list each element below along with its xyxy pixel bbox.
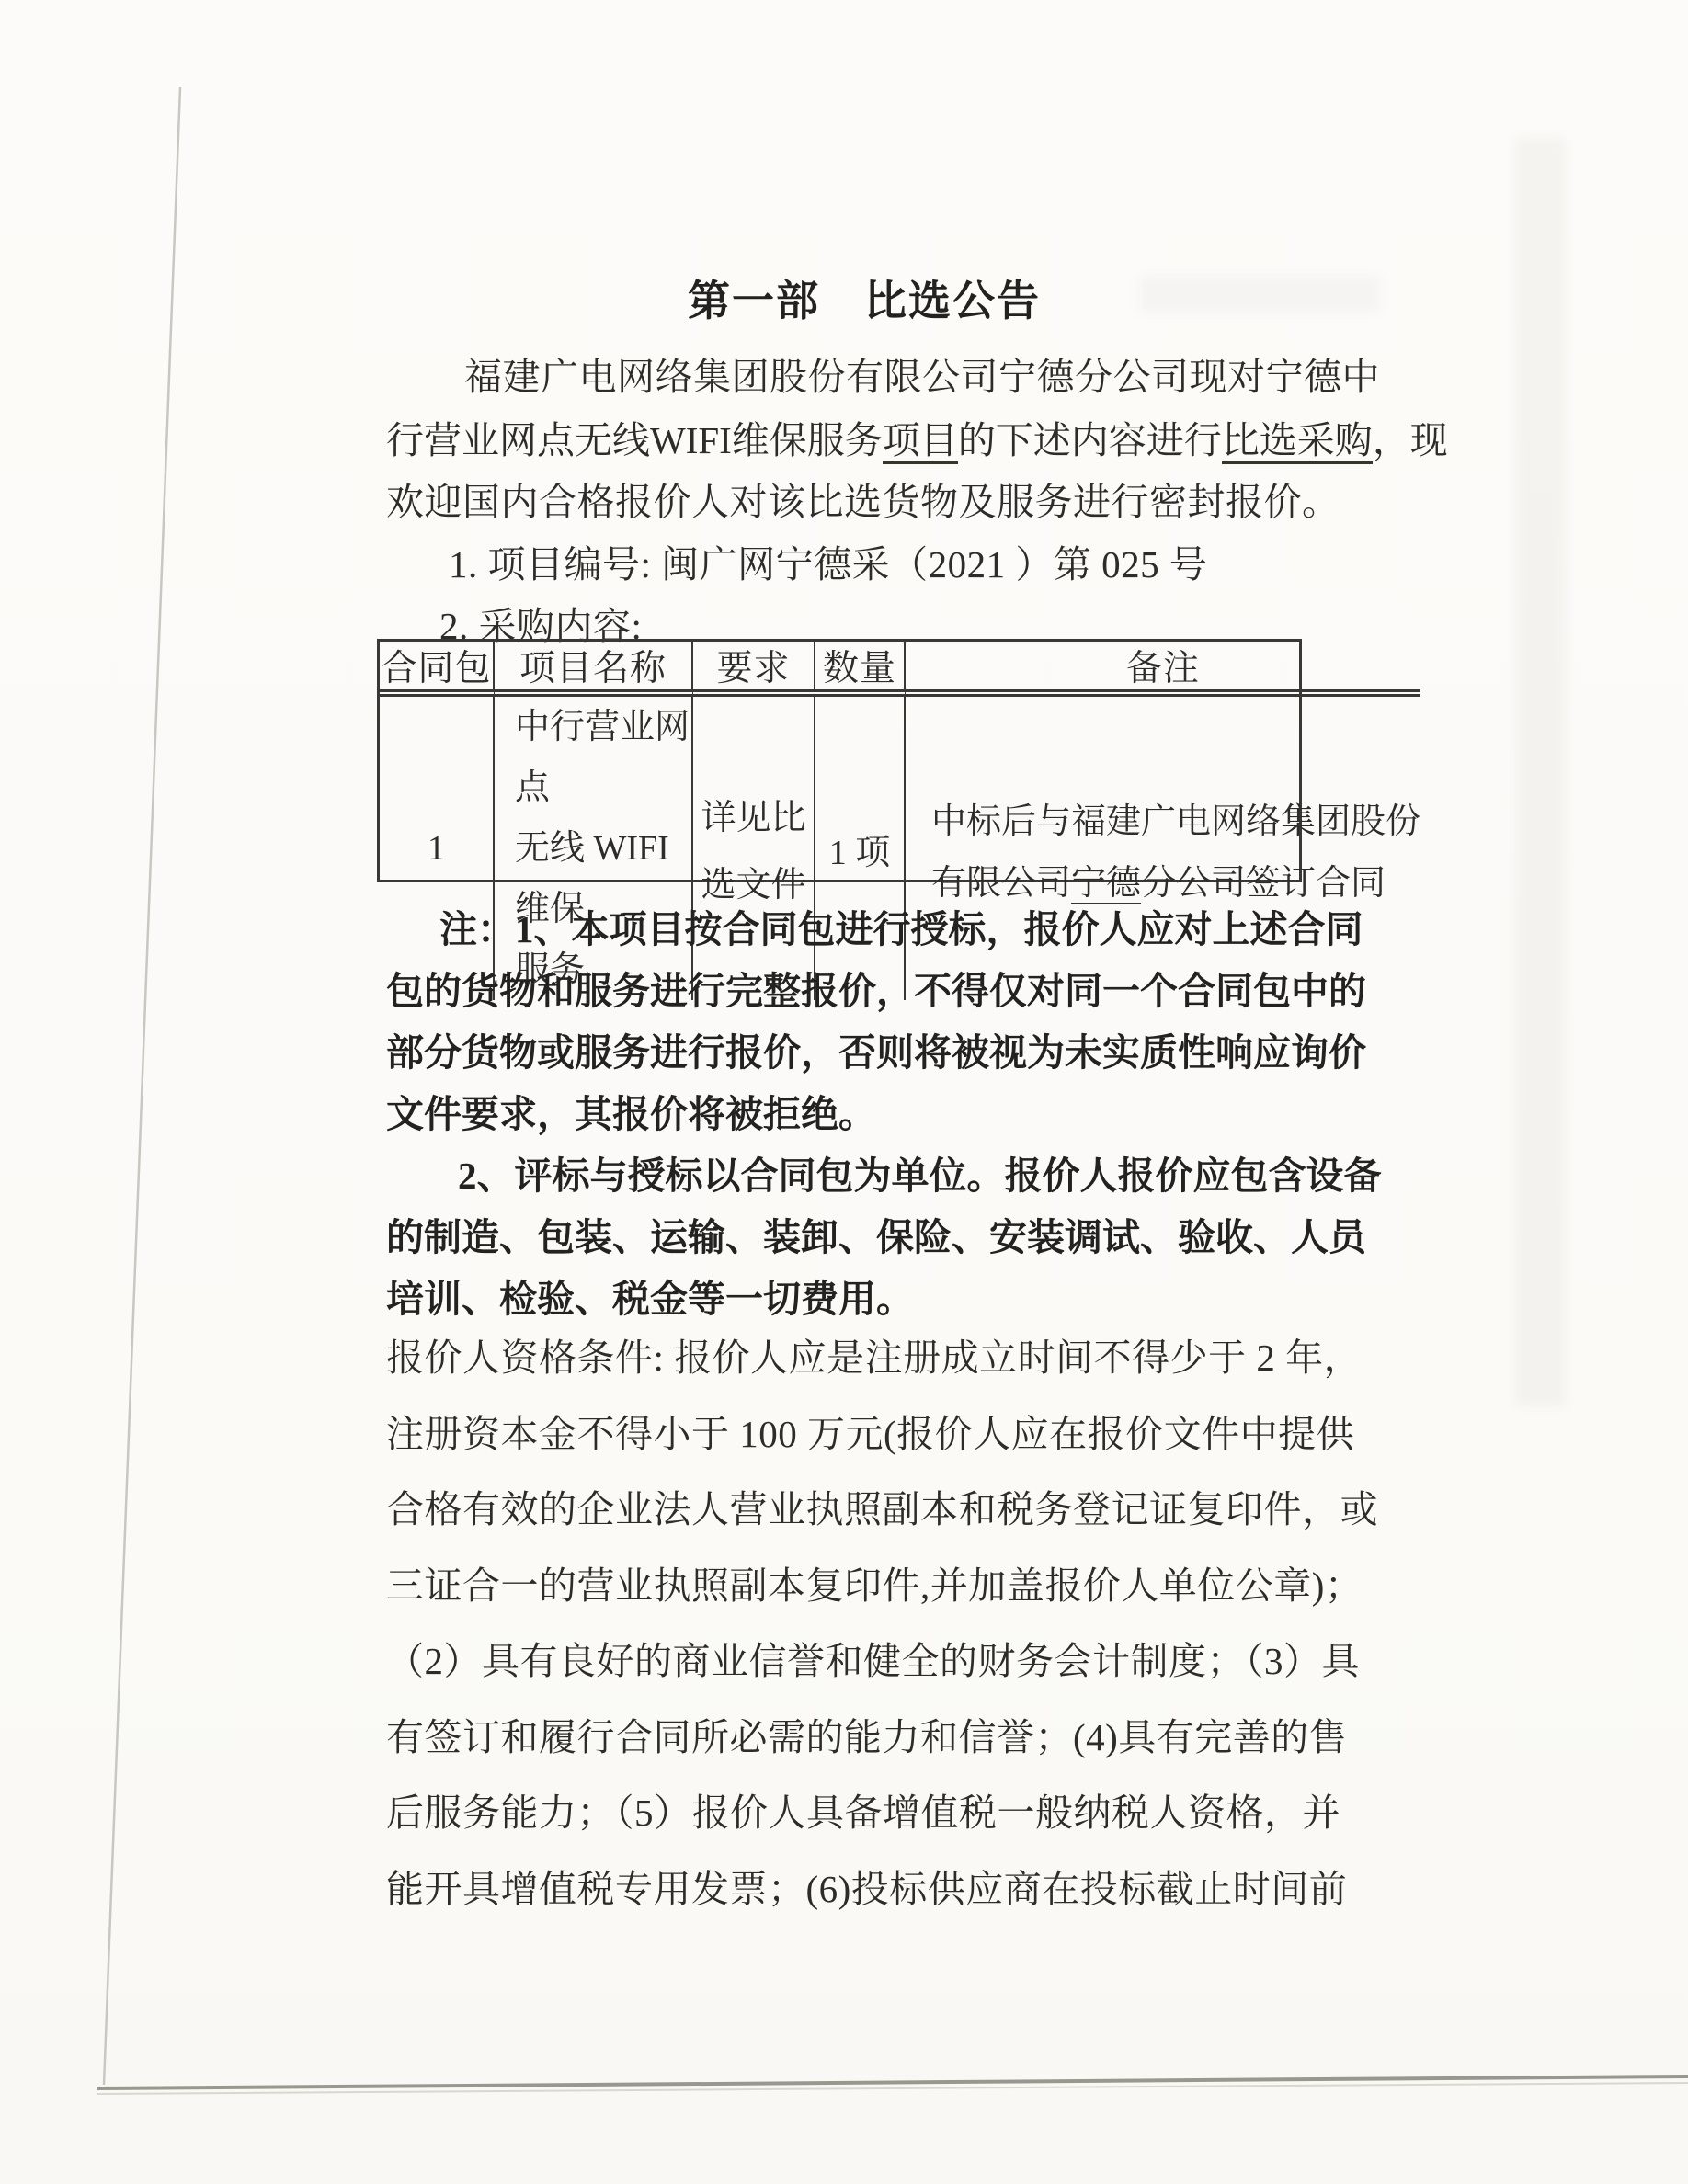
underlined-term-project: 项目 — [883, 422, 958, 464]
qualification-line-8: 能开具增值税专用发票；(6)投标供应商在投标截止时间前 — [386, 1868, 1347, 1910]
table-header-package: 合同包 — [380, 642, 495, 697]
scanned-page: 第一部 比选公告 福建广电网络集团股份有限公司宁德分公司现对宁德中 行营业网点无… — [0, 0, 1688, 2184]
underlined-term-bixuan-caigou: 比选采购 — [1222, 422, 1373, 464]
note2-line-3: 培训、检验、税金等一切费用。 — [386, 1278, 914, 1320]
qualification-line-3: 合格有效的企业法人营业执照副本和税务登记证复印件，或 — [386, 1488, 1378, 1530]
cell-quantity: 1 项 — [815, 697, 906, 1000]
underlined-term-ningde: 宁德 — [1071, 866, 1141, 904]
qualification-line-6: 有签订和履行合同所必需的能力和信誉；(4)具有完善的售 — [386, 1716, 1347, 1758]
qualification-line-5: （2）具有良好的商业信誉和健全的财务会计制度；（3）具 — [386, 1640, 1360, 1682]
cell-package-number: 1 — [380, 697, 495, 1000]
procurement-table: 合同包 项目名称 要求 数量 备注 1 中行营业网点 无线 WIFI 维保 服务… — [377, 639, 1302, 882]
table-header-quantity: 数量 — [815, 642, 906, 697]
note2-line-2: 的制造、包装、运输、装卸、保险、安装调试、验收、人员 — [386, 1216, 1366, 1258]
remark-text: 有限公司 — [931, 864, 1071, 903]
intro-line-2: 行营业网点无线WIFI维保服务项目的下述内容进行比选采购，现 — [386, 419, 1448, 464]
note1-line-4: 文件要求，其报价将被拒绝。 — [386, 1093, 876, 1135]
qualification-line-2: 注册资本金不得小于 100 万元(报价人应在报价文件中提供 — [386, 1413, 1354, 1455]
intro-line-1: 福建广电网络集团股份有限公司宁德分公司现对宁德中 — [464, 356, 1380, 398]
page-title: 第一部 比选公告 — [382, 267, 1347, 328]
project-name-line: 中行营业网点 — [515, 697, 691, 818]
intro-line-3: 欢迎国内合格报价人对该比选货物及服务进行密封报价。 — [386, 481, 1340, 523]
table-header-project-name: 项目名称 — [495, 642, 693, 697]
cell-project-name: 中行营业网点 无线 WIFI 维保 服务 — [495, 697, 693, 1000]
cell-remark: 中标后与福建广电网络集团股份 有限公司 宁德 分公司签订合同 — [906, 697, 1420, 1000]
note1-line-2: 包的货物和服务进行完整报价，不得仅对同一个合同包中的 — [386, 970, 1366, 1012]
package-number: 1 — [428, 828, 445, 869]
scan-artifact — [1515, 138, 1566, 1406]
remark-line: 有限公司 宁德 分公司签订合同 — [931, 853, 1420, 915]
requirement-line: 详见比 — [701, 785, 805, 852]
qualification-line-4: 三证合一的营业执照副本复印件,并加盖报价人单位公章)； — [386, 1564, 1363, 1607]
intro-line-2-text: 的下述内容进行 — [958, 419, 1222, 461]
intro-line-2-text: 行营业网点无线WIFI维保服务 — [386, 419, 883, 461]
quantity-value: 1 项 — [829, 824, 891, 874]
note1-line-3: 部分货物或服务进行报价，否则将被视为未实质性响应询价 — [386, 1031, 1366, 1074]
intro-line-2-text: ，现 — [1373, 419, 1448, 461]
table-header-requirement: 要求 — [693, 642, 815, 697]
remark-line: 中标后与福建广电网络集团股份 — [931, 791, 1420, 853]
page-bottom-edge-shadow — [97, 2083, 1688, 2094]
cell-requirement: 详见比 选文件 — [693, 697, 815, 1000]
page-bottom-edge — [97, 2076, 1688, 2088]
project-number-line: 1. 项目编号: 闽广网宁德采（2021 ）第 025 号 — [449, 543, 1207, 586]
qualification-line-7: 后服务能力；（5）报价人具备增值税一般纳税人资格，并 — [386, 1792, 1340, 1834]
qualification-line-1: 报价人资格条件: 报价人应是注册成立时间不得少于 2 年， — [386, 1337, 1362, 1379]
remark-text: 分公司签订合同 — [1141, 864, 1386, 903]
note1-line-1: 注：1、本项目按合同包进行授标，报价人应对上述合同 — [439, 908, 1363, 950]
note2-line-1: 2、评标与授标以合同包为单位。报价人报价应包含设备 — [458, 1155, 1382, 1197]
table-header-remark: 备注 — [906, 642, 1420, 697]
page-left-edge — [104, 87, 180, 2085]
